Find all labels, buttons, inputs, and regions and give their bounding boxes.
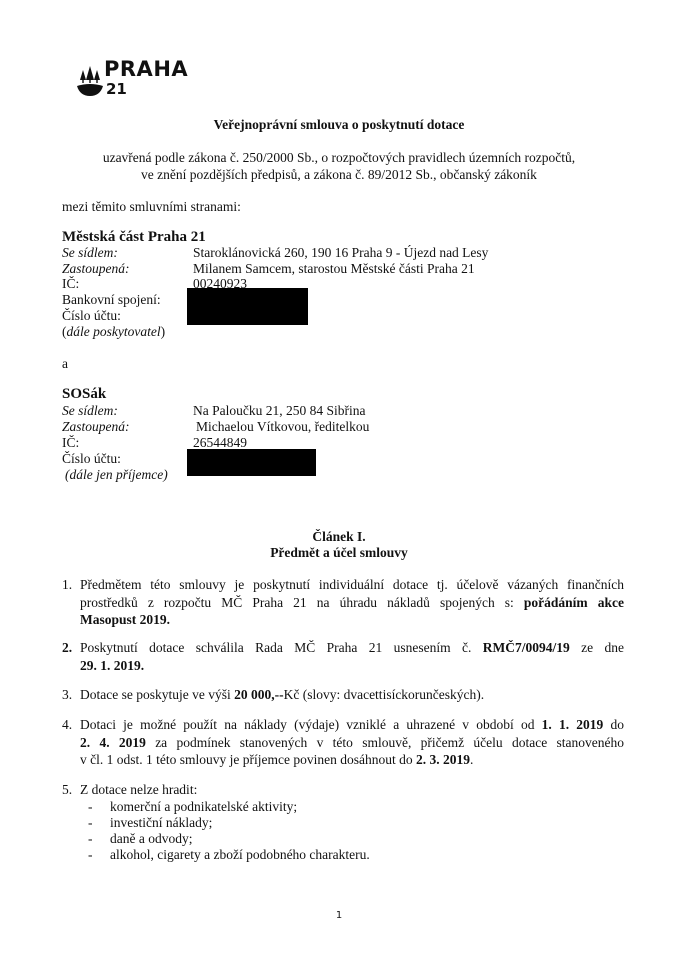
exclusion-text: investiční náklady; [110,815,212,830]
item-4-period: . [470,752,473,767]
list-number: 3. [62,686,72,704]
provider-name: Městská část Praha 21 [62,229,206,246]
item-4-text-do: do [603,717,624,732]
item-1-line-2: prostředků z rozpočtu MČ Praha 21 na úhr… [80,594,624,612]
praha-21-logo: PRAHA 21 [76,58,206,104]
item-3-line-1: Dotace se poskytuje ve výši 20 000,--Kč … [80,686,624,704]
list-number: 1. [62,576,72,594]
dash-marker: - [88,815,110,831]
conjunction-text: a [62,356,68,372]
dash-marker: - [88,799,110,815]
provider-bank-redaction [187,288,308,325]
article-number: Článek I. [0,529,678,545]
recipient-account-redaction [187,449,316,476]
provider-bank-label: Bankovní spojení: [62,292,161,308]
exclusion-text: komerční a podnikatelské aktivity; [110,799,297,814]
list-item-4: 4. Dotaci je možné použít na náklady (vý… [62,716,624,769]
period-from: 1. 1. 2019 [542,717,604,732]
provider-role: (dále poskytovatel) [62,324,165,340]
recipient-rep-value: Michaelou Vítkovou, ředitelkou [196,419,369,435]
item-1-event: pořádáním akce [524,595,624,610]
recipient-role: (dále jen příjemce) [65,467,168,483]
provider-ic-label: IČ: [62,276,79,292]
recipient-account-label: Číslo účtu: [62,451,121,467]
recipient-seat-value: Na Paloučku 21, 250 84 Sibřina [193,403,365,419]
provider-seat-value: Staroklánovická 260, 190 16 Praha 9 - Új… [193,245,488,261]
intro-text: mezi těmito smluvními stranami: [62,199,241,215]
provider-seat-label: Se sídlem: [62,245,118,261]
paren-close: ) [161,324,166,339]
item-1-line-1: Předmětem této smlouvy je poskytnutí ind… [80,576,624,594]
exclusion-item: -daně a odvody; [88,831,192,847]
exclusion-item: -investiční náklady; [88,815,212,831]
logo-number: 21 [106,81,127,97]
resolution-number: RMČ7/0094/19 [483,640,570,655]
page-number: 1 [0,910,678,921]
item-1-text: prostředků z rozpočtu MČ Praha 21 na úhr… [80,595,524,610]
resolution-date: 29. 1. 2019. [80,657,624,675]
item-4-text-2: za podmínek stanovených v této smlouvě, … [146,735,624,750]
subtitle-line-1: uzavřená podle zákona č. 250/2000 Sb., o… [0,149,678,166]
exclusion-item: -komerční a podnikatelské aktivity; [88,799,297,815]
list-number: 4. [62,716,72,734]
deadline-date: 2. 3. 2019 [416,752,470,767]
item-3-text: Dotace se poskytuje ve výši [80,687,234,702]
exclusion-text: daně a odvody; [110,831,192,846]
list-number: 5. [62,781,72,799]
item-2-text: Poskytnutí dotace schválila Rada MČ Prah… [80,640,483,655]
item-4-line-3: v čl. 1 odst. 1 této smlouvy je příjemce… [80,751,624,769]
item-2-line-1: Poskytnutí dotace schválila Rada MČ Prah… [80,639,624,657]
grant-amount: 20 000,-- [234,687,284,702]
dash-marker: - [88,831,110,847]
item-2-text-after: ze dne [570,640,624,655]
trees-over-hill-icon [76,62,104,96]
item-4-line-1: Dotaci je možné použít na náklady (výdaj… [80,716,624,734]
recipient-name: SOSák [62,386,106,403]
item-4-line-2: 2. 4. 2019 za podmínek stanovených v tét… [80,734,624,752]
recipient-ic-label: IČ: [62,435,79,451]
item-3-text-after: Kč (slovy: dvacettisíckorunčeských). [284,687,485,702]
article-title: Předmět a účel smlouvy [0,545,678,561]
list-item-3: 3. Dotace se poskytuje ve výši 20 000,--… [62,686,624,704]
list-item-5: 5. Z dotace nelze hradit: [62,781,624,799]
item-1-event-name: Masopust 2019. [80,611,624,629]
exclusion-item: -alkohol, cigarety a zboží podobného cha… [88,847,370,863]
item-4-text-3: v čl. 1 odst. 1 této smlouvy je příjemce… [80,752,416,767]
list-item-2: 2. Poskytnutí dotace schválila Rada MČ P… [62,639,624,674]
dash-marker: - [88,847,110,863]
item-5-text: Z dotace nelze hradit: [80,781,624,799]
period-to: 2. 4. 2019 [80,735,146,750]
document-subtitle: uzavřená podle zákona č. 250/2000 Sb., o… [0,149,678,183]
provider-rep-label: Zastoupená: [62,261,130,277]
provider-rep-value: Milanem Samcem, starostou Městské části … [193,261,475,277]
list-item-1: 1. Předmětem této smlouvy je poskytnutí … [62,576,624,629]
logo-name: PRAHA [104,58,188,80]
subtitle-line-2: ve znění pozdějších předpisů, a zákona č… [0,166,678,183]
provider-role-label: dále poskytovatel [67,324,161,339]
exclusion-text: alkohol, cigarety a zboží podobného char… [110,847,370,862]
recipient-seat-label: Se sídlem: [62,403,118,419]
document-title: Veřejnoprávní smlouva o poskytnutí dotac… [0,117,678,133]
list-number: 2. [62,639,72,657]
item-4-text: Dotaci je možné použít na náklady (výdaj… [80,717,542,732]
recipient-rep-label: Zastoupená: [62,419,130,435]
provider-account-label: Číslo účtu: [62,308,121,324]
